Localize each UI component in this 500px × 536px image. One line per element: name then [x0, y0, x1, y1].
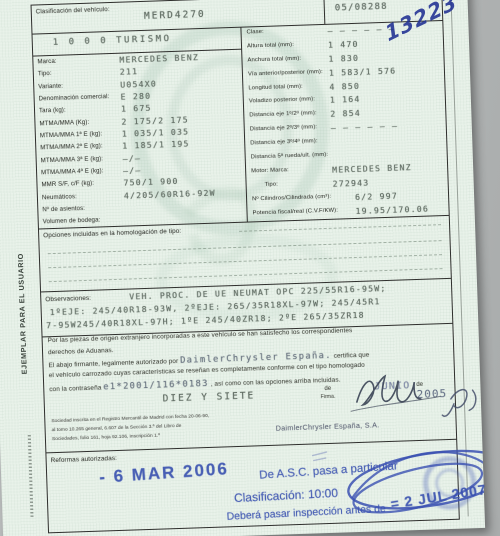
field-value: 211	[120, 66, 139, 77]
field-value: 4 850	[329, 80, 360, 91]
approval-code: e1*2001/116*0183	[103, 379, 209, 392]
field-label: MTMA/MMA 2ª E (kg):	[40, 143, 103, 152]
header-divider	[323, 0, 325, 24]
field-value: 272943	[332, 177, 369, 188]
certification-section: Por las piezas de origen extranjero inco…	[43, 324, 455, 418]
inspection-stamp-text: Deberá pasar inspección antes de	[226, 503, 386, 523]
field-value: 1 035/1 035	[122, 127, 190, 139]
field-value: 19.95/170.06	[355, 203, 429, 215]
field-value: 750/1 900	[123, 176, 178, 188]
right-data-column: Clase: – – – – – – Altura total (mm): 1 …	[240, 20, 449, 222]
registry-text: al tomo 10.265 general, 6.607 de la Secc…	[52, 424, 182, 433]
field-value: MERCEDES BENZ	[332, 162, 412, 175]
field-label: Distancia eje 3º/4º (mm):	[250, 138, 318, 146]
edge-microprint	[28, 433, 33, 517]
field-label: MTMA/MMA 3ª E (kg):	[41, 155, 104, 164]
field-value: 1 470	[328, 39, 359, 50]
field-value: 1 675	[121, 103, 152, 114]
authorized-reforms-section: Reformas autorizadas: - 6 MAR 2006 De A.…	[46, 439, 458, 534]
classification-stamp-text: Clasificación: 10:00	[234, 486, 339, 505]
field-value: 1 830	[328, 53, 359, 64]
field-label: Tara (kg):	[39, 107, 66, 115]
field-value: E 280	[120, 91, 151, 102]
type-code: MERD4270	[144, 9, 206, 22]
customs-text: derechos de Aduanas.	[48, 347, 114, 356]
field-label: Anchura total (mm):	[247, 55, 301, 63]
file-number: 05/08288	[335, 2, 388, 14]
field-label: MMR S/F, c/F (kg):	[41, 180, 94, 189]
registry-text: Sociedades, folio 161, hoja 92.106, insc…	[52, 434, 160, 443]
left-data-column: Marca: MERCEDES BENZ Tipo: 211 Variante:…	[33, 49, 247, 230]
field-value: 1 583/1 576	[329, 65, 397, 77]
field-value: 6/2 997	[355, 190, 398, 201]
field-label: Potencia fiscal/real (C.V.F/KW):	[252, 207, 338, 216]
de-word: de	[324, 386, 331, 392]
field-label: Altura total (mm):	[247, 42, 294, 50]
field-label: Volumen de bodega:	[43, 217, 101, 226]
date-stamp-jul-2007: = 2 JUL 2007	[389, 481, 487, 512]
date-year: 2005	[416, 387, 447, 401]
field-label: Nº Cilindros/Cilindrada (cm³):	[252, 193, 331, 202]
field-label: Tipo:	[38, 70, 52, 77]
field-value: 2 854	[330, 108, 361, 119]
date-de-firma: de Firma.	[320, 386, 335, 400]
field-label: Distancia eje 2º/3º (mm):	[250, 124, 318, 132]
field-label: MTMA/MMA (Kg):	[39, 118, 89, 127]
date-stamp-mar-2006: - 6 MAR 2006	[99, 459, 230, 488]
field-value: – – – – – –	[331, 121, 399, 133]
field-label: Denominación comercial:	[39, 93, 110, 102]
copy-for-user-label: EJEMPLAR PARA EL USUARIO	[16, 253, 29, 375]
date-day: DIEZ Y SIETE	[162, 390, 255, 404]
field-value: 2 175/2 175	[121, 114, 189, 126]
company-name: DaimlerChrysler España, S.A.	[276, 420, 380, 432]
signer-suffix: certifica que	[334, 352, 370, 360]
scanned-vehicle-card: EJEMPLAR PARA EL USUARIO Clasificación d…	[0, 0, 500, 536]
options-label: Opciones incluidas en la homologación de…	[43, 228, 181, 240]
field-value: 1 164	[330, 94, 361, 105]
field-label: Neumáticos:	[42, 193, 77, 201]
vehicle-card-paper: EJEMPLAR PARA EL USUARIO Clasificación d…	[0, 0, 485, 536]
observations-label: Observaciones:	[45, 295, 91, 304]
date-month: JUNIO	[374, 380, 410, 392]
classification-label: Clasificación del vehículo:	[36, 6, 110, 15]
field-label: Variante:	[38, 82, 63, 90]
code-prefix: con la contraseña	[49, 385, 101, 394]
field-label: Motor: Marca:	[251, 167, 289, 174]
field-value: –/–	[123, 153, 142, 164]
field-label: Vía anterior/posterior (mm):	[248, 69, 323, 77]
blank-rule	[239, 224, 441, 232]
field-value: 1 185/1 195	[122, 139, 190, 151]
field-label: MTMA/MMA 1ª E (kg):	[40, 130, 103, 139]
field-label: Marca:	[37, 58, 56, 66]
field-label: Clase:	[246, 29, 263, 36]
field-label: Voladizo posterior (mm):	[249, 97, 315, 105]
classification-value: 1 0 0 0 TURISMO	[53, 34, 172, 48]
field-label: Longitud total (mm):	[248, 83, 303, 91]
signature-label: Firma.	[321, 394, 336, 400]
blank-rule	[48, 240, 442, 254]
form-frame: Clasificación del vehículo: MERD4270 05/…	[31, 0, 460, 533]
field-value: –/–	[123, 165, 142, 176]
field-value: U054X0	[120, 78, 157, 89]
field-label: MTMA/MMA 4ª E (kg):	[41, 167, 104, 176]
field-label: Tipo:	[265, 181, 279, 187]
transfer-stamp-text: De A.S.C. pasa a particular	[259, 460, 398, 481]
field-label: Distancia 5ª rueda/ult. (mm):	[251, 152, 329, 161]
blank-rule	[48, 254, 442, 268]
signer-prefix: El abajo firmante, legalmente autorizado…	[48, 358, 178, 369]
reforms-label: Reformas autorizadas:	[51, 455, 118, 464]
date-year-group: de 2005	[416, 381, 455, 401]
field-label: Distancia eje 1º/2º (mm):	[249, 111, 317, 119]
field-label: Nº de asientos:	[42, 205, 85, 213]
